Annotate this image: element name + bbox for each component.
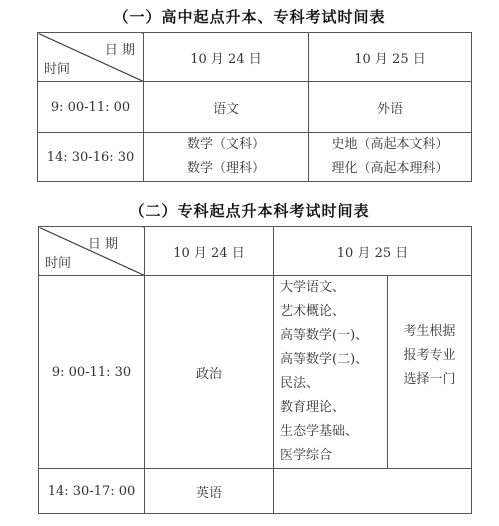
subject-cell: 史地（高起本文科） 理化（高起本理科）: [309, 133, 472, 182]
schedule-table-gaoqi: 日 期 时间 10 月 24 日 10 月 25 日 9: 00-11: 00 …: [37, 32, 472, 182]
table-row: 9: 00-11: 30 政治 大学语文、 艺术概论、 高等数学(一)、 高等数…: [39, 276, 472, 469]
time-cell: 14: 30-17: 00: [39, 469, 145, 514]
subject-cell: 政治: [145, 276, 274, 469]
subject-line: 大学语文、: [280, 276, 387, 300]
subject-cell: 外语: [309, 82, 472, 133]
corner-time-label: 时间: [45, 252, 71, 271]
table-row: 14: 30-17: 00 英语: [39, 469, 472, 514]
empty-cell: [274, 469, 472, 514]
subject-line: 艺术概论、: [280, 300, 387, 324]
date-header: 10 月 25 日: [274, 227, 472, 276]
subject-line: 高等数学(二)、: [280, 348, 387, 372]
table-header-row: 日 期 时间 10 月 24 日 10 月 25 日: [38, 33, 472, 82]
subject-cell: 数学（文科） 数学（理科）: [144, 133, 309, 182]
subject-cell: 英语: [145, 469, 274, 514]
table-row: 9: 00-11: 00 语文 外语: [38, 82, 472, 133]
date-header: 10 月 24 日: [145, 227, 274, 276]
subject-line: 民法、: [280, 372, 387, 396]
subject-line: 理化（高起本理科）: [309, 157, 471, 181]
corner-cell: 日 期 时间: [38, 33, 144, 82]
subject-line: 生态学基础、: [280, 420, 387, 444]
subject-line: 数学（文科）: [144, 133, 308, 157]
note-line: 选择一门: [388, 368, 471, 392]
table2-title: （二）专科起点升本科考试时间表: [0, 200, 499, 221]
schedule-table-zhuanqi: 日 期 时间 10 月 24 日 10 月 25 日 9: 00-11: 30 …: [38, 226, 472, 514]
date-header: 10 月 24 日: [144, 33, 309, 82]
table-row: 14: 30-16: 30 数学（文科） 数学（理科） 史地（高起本文科） 理化…: [38, 133, 472, 182]
subject-line: 教育理论、: [280, 396, 387, 420]
note-line: 考生根据: [388, 320, 471, 344]
note-cell: 考生根据 报考专业 选择一门: [388, 276, 472, 469]
subject-line: 医学综合: [280, 444, 387, 468]
table1-title: （一）高中起点升本、专科考试时间表: [0, 6, 499, 27]
table-header-row: 日 期 时间 10 月 24 日 10 月 25 日: [39, 227, 472, 276]
time-cell: 9: 00-11: 30: [39, 276, 145, 469]
corner-time-label: 时间: [44, 58, 70, 77]
time-cell: 9: 00-11: 00: [38, 82, 144, 133]
corner-date-label: 日 期: [88, 233, 118, 252]
corner-cell: 日 期 时间: [39, 227, 145, 276]
subject-cell: 语文: [144, 82, 309, 133]
time-cell: 14: 30-16: 30: [38, 133, 144, 182]
subject-line: 高等数学(一)、: [280, 324, 387, 348]
corner-date-label: 日 期: [105, 39, 135, 58]
date-header: 10 月 25 日: [309, 33, 472, 82]
subject-line: 数学（理科）: [144, 157, 308, 181]
subject-line: 史地（高起本文科）: [309, 133, 471, 157]
note-line: 报考专业: [388, 344, 471, 368]
subject-list-cell: 大学语文、 艺术概论、 高等数学(一)、 高等数学(二)、 民法、 教育理论、 …: [274, 276, 388, 469]
